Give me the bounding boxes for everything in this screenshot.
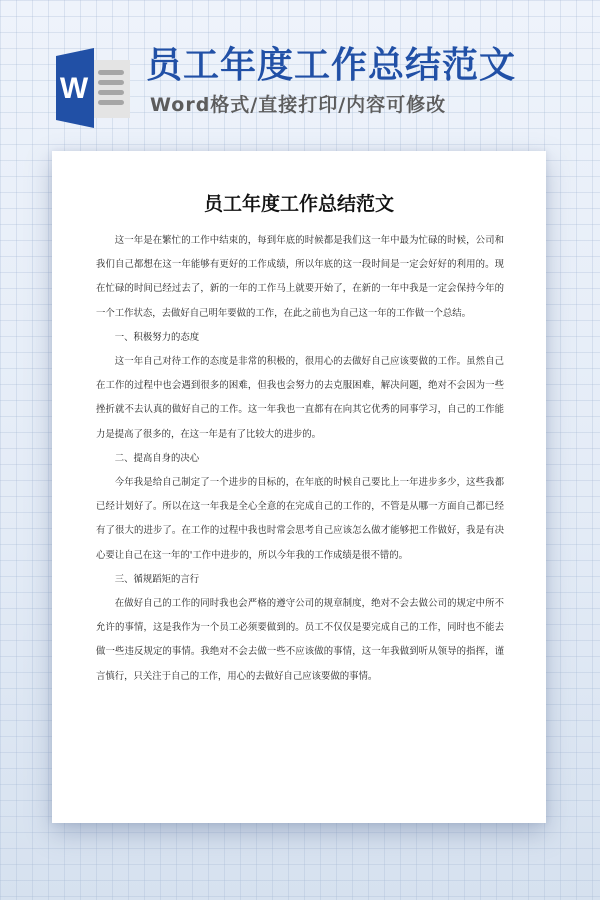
banner-subtitle: Word格式/直接打印/内容可修改: [150, 93, 446, 117]
banner-header: W 员工年度工作总结范文 Word格式/直接打印/内容可修改: [0, 0, 600, 140]
section-body-3: 在做好自己的工作的同时我也会严格的遵守公司的规章制度，绝对不会去做公司的规定中所…: [96, 592, 504, 689]
svg-text:W: W: [60, 72, 89, 105]
document-body: 这一年是在繁忙的工作中结束的，每到年底的时候都是我们这一年中最为忙碌的时候，公司…: [96, 229, 504, 689]
banner-title: 员工年度工作总结范文: [146, 44, 516, 88]
document-title: 员工年度工作总结范文: [52, 191, 546, 217]
section-body-1: 这一年自己对待工作的态度是非常的积极的，很用心的去做好自己应该要做的工作。虽然自…: [96, 350, 504, 447]
intro-paragraph: 这一年是在繁忙的工作中结束的，每到年底的时候都是我们这一年中最为忙碌的时候，公司…: [96, 229, 504, 326]
word-icon: W: [52, 46, 132, 130]
section-body-2: 今年我是给自己制定了一个进步的目标的，在年底的时候自己要比上一年进步多少，这些我…: [96, 471, 504, 568]
section-heading-2: 二、提高自身的决心: [96, 447, 504, 471]
document-page: 员工年度工作总结范文 这一年是在繁忙的工作中结束的，每到年底的时候都是我们这一年…: [52, 151, 546, 823]
section-heading-3: 三、循规蹈矩的言行: [96, 568, 504, 592]
section-heading-1: 一、积极努力的态度: [96, 326, 504, 350]
